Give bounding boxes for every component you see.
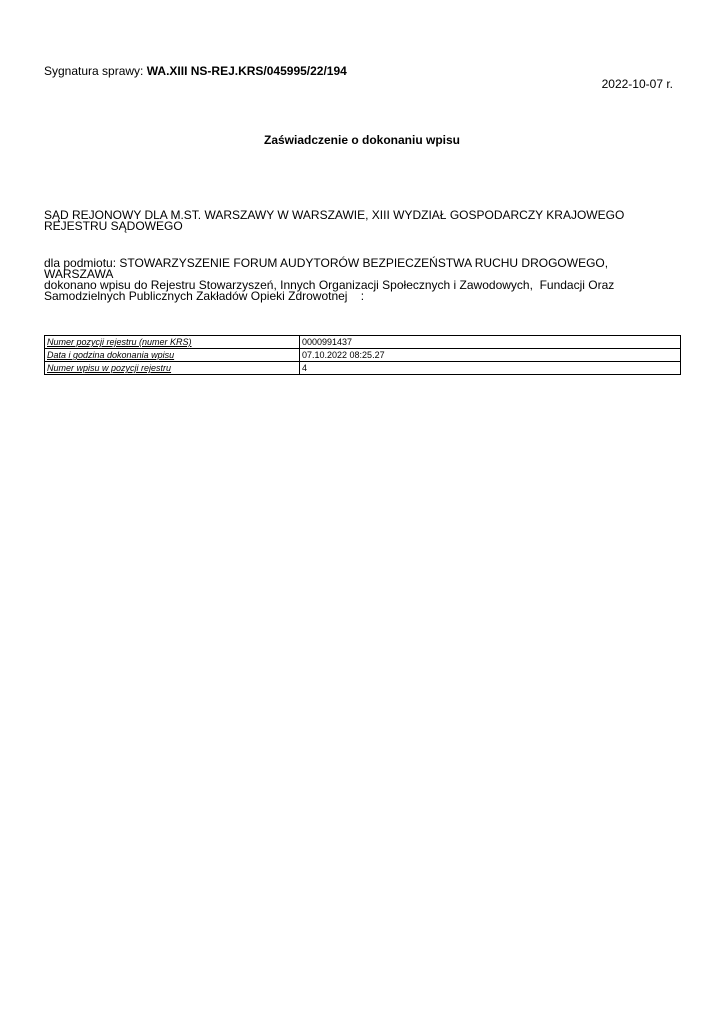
case-signature: Sygnatura sprawy: WA.XIII NS-REJ.KRS/045… [44, 64, 347, 78]
row-label: Numer wpisu w pozycji rejestru [45, 362, 300, 375]
court-name: SĄD REJONOWY DLA M.ST. WARSZAWY W WARSZA… [44, 210, 684, 232]
registration-table: Numer pozycji rejestru (numer KRS) 00009… [44, 335, 681, 375]
signature-value: WA.XIII NS-REJ.KRS/045995/22/194 [147, 64, 347, 78]
entity-line-1: dla podmiotu: STOWARZYSZENIE FORUM AUDYT… [44, 258, 684, 269]
table-row: Numer pozycji rejestru (numer KRS) 00009… [45, 336, 681, 349]
row-label: Numer pozycji rejestru (numer KRS) [45, 336, 300, 349]
entity-details: dla podmiotu: STOWARZYSZENIE FORUM AUDYT… [44, 258, 684, 302]
row-value: 4 [300, 362, 681, 375]
register-line-2: Samodzielnych Publicznych Zakładów Opiek… [44, 291, 684, 302]
table-row: Numer wpisu w pozycji rejestru 4 [45, 362, 681, 375]
signature-label: Sygnatura sprawy: [44, 64, 143, 78]
row-value: 0000991437 [300, 336, 681, 349]
document-title: Zaświadczenie o dokonaniu wpisu [0, 133, 724, 147]
row-label: Data i godzina dokonania wpisu [45, 349, 300, 362]
document-date: 2022-10-07 r. [602, 77, 673, 91]
row-value: 07.10.2022 08:25.27 [300, 349, 681, 362]
court-line-2: REJESTRU SĄDOWEGO [44, 221, 684, 232]
table-row: Data i godzina dokonania wpisu 07.10.202… [45, 349, 681, 362]
